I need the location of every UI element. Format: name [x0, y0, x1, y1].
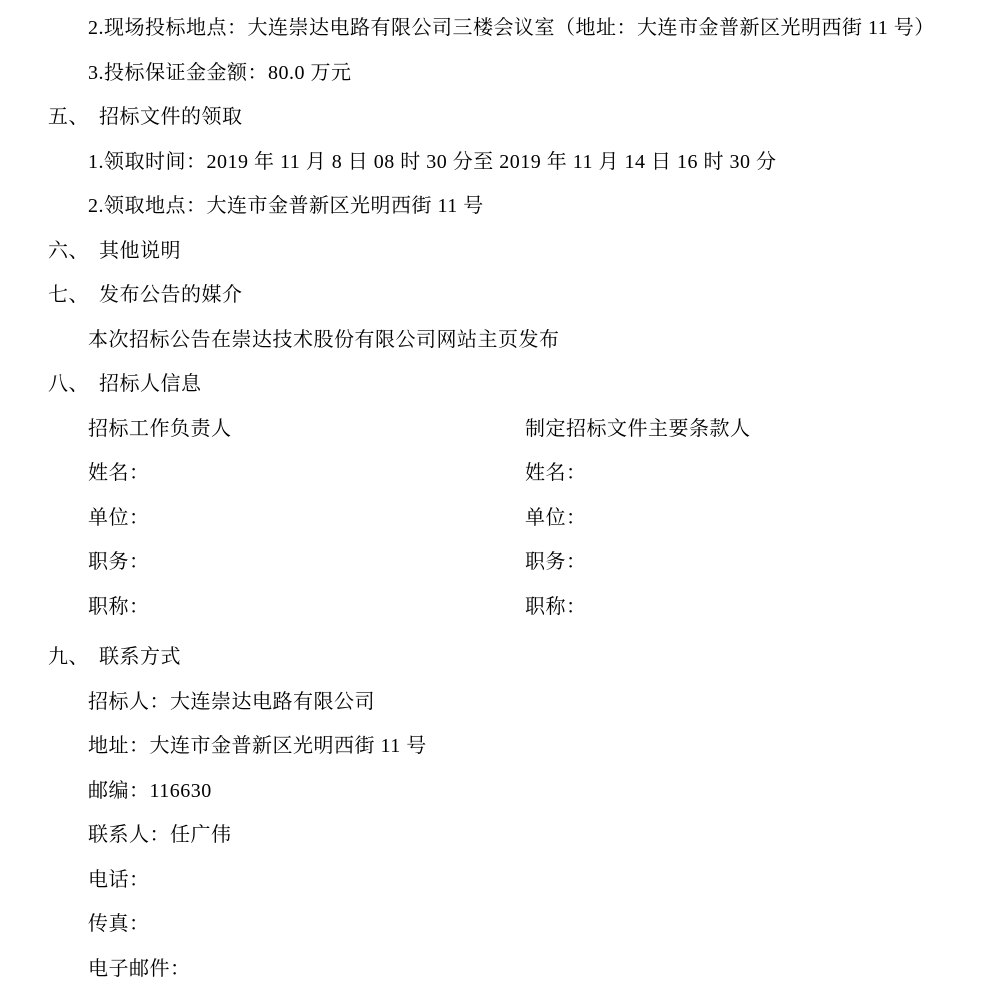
- contact-person-line: 联系人：任广伟: [0, 824, 1000, 847]
- section8-number: 八、: [48, 373, 89, 396]
- tenderer-info-left-column: 招标工作负责人 姓名： 单位： 职务： 职称：: [88, 418, 525, 641]
- section6-number: 六、: [48, 240, 89, 263]
- section6-title: 其他说明: [99, 240, 181, 262]
- contact-address-line: 地址：大连市金普新区光明西街 11 号: [0, 735, 1000, 758]
- left-field-unit: 单位：: [88, 507, 525, 530]
- section7-title: 发布公告的媒介: [99, 284, 243, 306]
- left-column-title: 招标工作负责人: [88, 418, 525, 441]
- bid-deposit-line: 3.投标保证金金额：80.0 万元: [0, 62, 1000, 85]
- contact-postcode-line: 邮编：116630: [0, 780, 1000, 803]
- site-bid-location-line: 2.现场投标地点：大连崇达电路有限公司三楼会议室（地址：大连市金普新区光明西街 …: [0, 17, 1000, 40]
- section5-heading: 五、招标文件的领取: [0, 106, 1000, 129]
- section7-number: 七、: [48, 284, 89, 307]
- left-field-name: 姓名：: [88, 462, 525, 485]
- right-column-title: 制定招标文件主要条款人: [525, 418, 1000, 441]
- right-field-title-rank: 职称：: [525, 596, 1000, 619]
- right-field-name: 姓名：: [525, 462, 1000, 485]
- section9-number: 九、: [48, 646, 89, 669]
- section6-heading: 六、其他说明: [0, 240, 1000, 263]
- contact-fax-line: 传真：: [0, 913, 1000, 936]
- contact-tenderer-line: 招标人：大连崇达电路有限公司: [0, 691, 1000, 714]
- left-field-position: 职务：: [88, 551, 525, 574]
- tenderer-info-columns: 招标工作负责人 姓名： 单位： 职务： 职称： 制定招标文件主要条款人 姓名： …: [0, 418, 1000, 641]
- right-field-unit: 单位：: [525, 507, 1000, 530]
- section9-heading: 九、联系方式: [0, 646, 1000, 669]
- tenderer-info-right-column: 制定招标文件主要条款人 姓名： 单位： 职务： 职称：: [525, 418, 1000, 641]
- section7-heading: 七、发布公告的媒介: [0, 284, 1000, 307]
- right-field-position: 职务：: [525, 551, 1000, 574]
- contact-email-line: 电子邮件：: [0, 958, 1000, 981]
- section5-item-pickup-time: 1.领取时间：2019 年 11 月 8 日 08 时 30 分至 2019 年…: [0, 151, 1000, 174]
- section7-body: 本次招标公告在崇达技术股份有限公司网站主页发布: [0, 329, 1000, 352]
- contact-phone-line: 电话：: [0, 869, 1000, 892]
- document-page: 2.现场投标地点：大连崇达电路有限公司三楼会议室（地址：大连市金普新区光明西街 …: [0, 0, 1000, 1000]
- left-field-title-rank: 职称：: [88, 596, 525, 619]
- section5-title: 招标文件的领取: [99, 106, 243, 128]
- section5-item-pickup-place: 2.领取地点：大连市金普新区光明西街 11 号: [0, 195, 1000, 218]
- section9-title: 联系方式: [99, 646, 181, 668]
- section5-number: 五、: [48, 106, 89, 129]
- section8-title: 招标人信息: [99, 373, 202, 395]
- section8-heading: 八、招标人信息: [0, 373, 1000, 396]
